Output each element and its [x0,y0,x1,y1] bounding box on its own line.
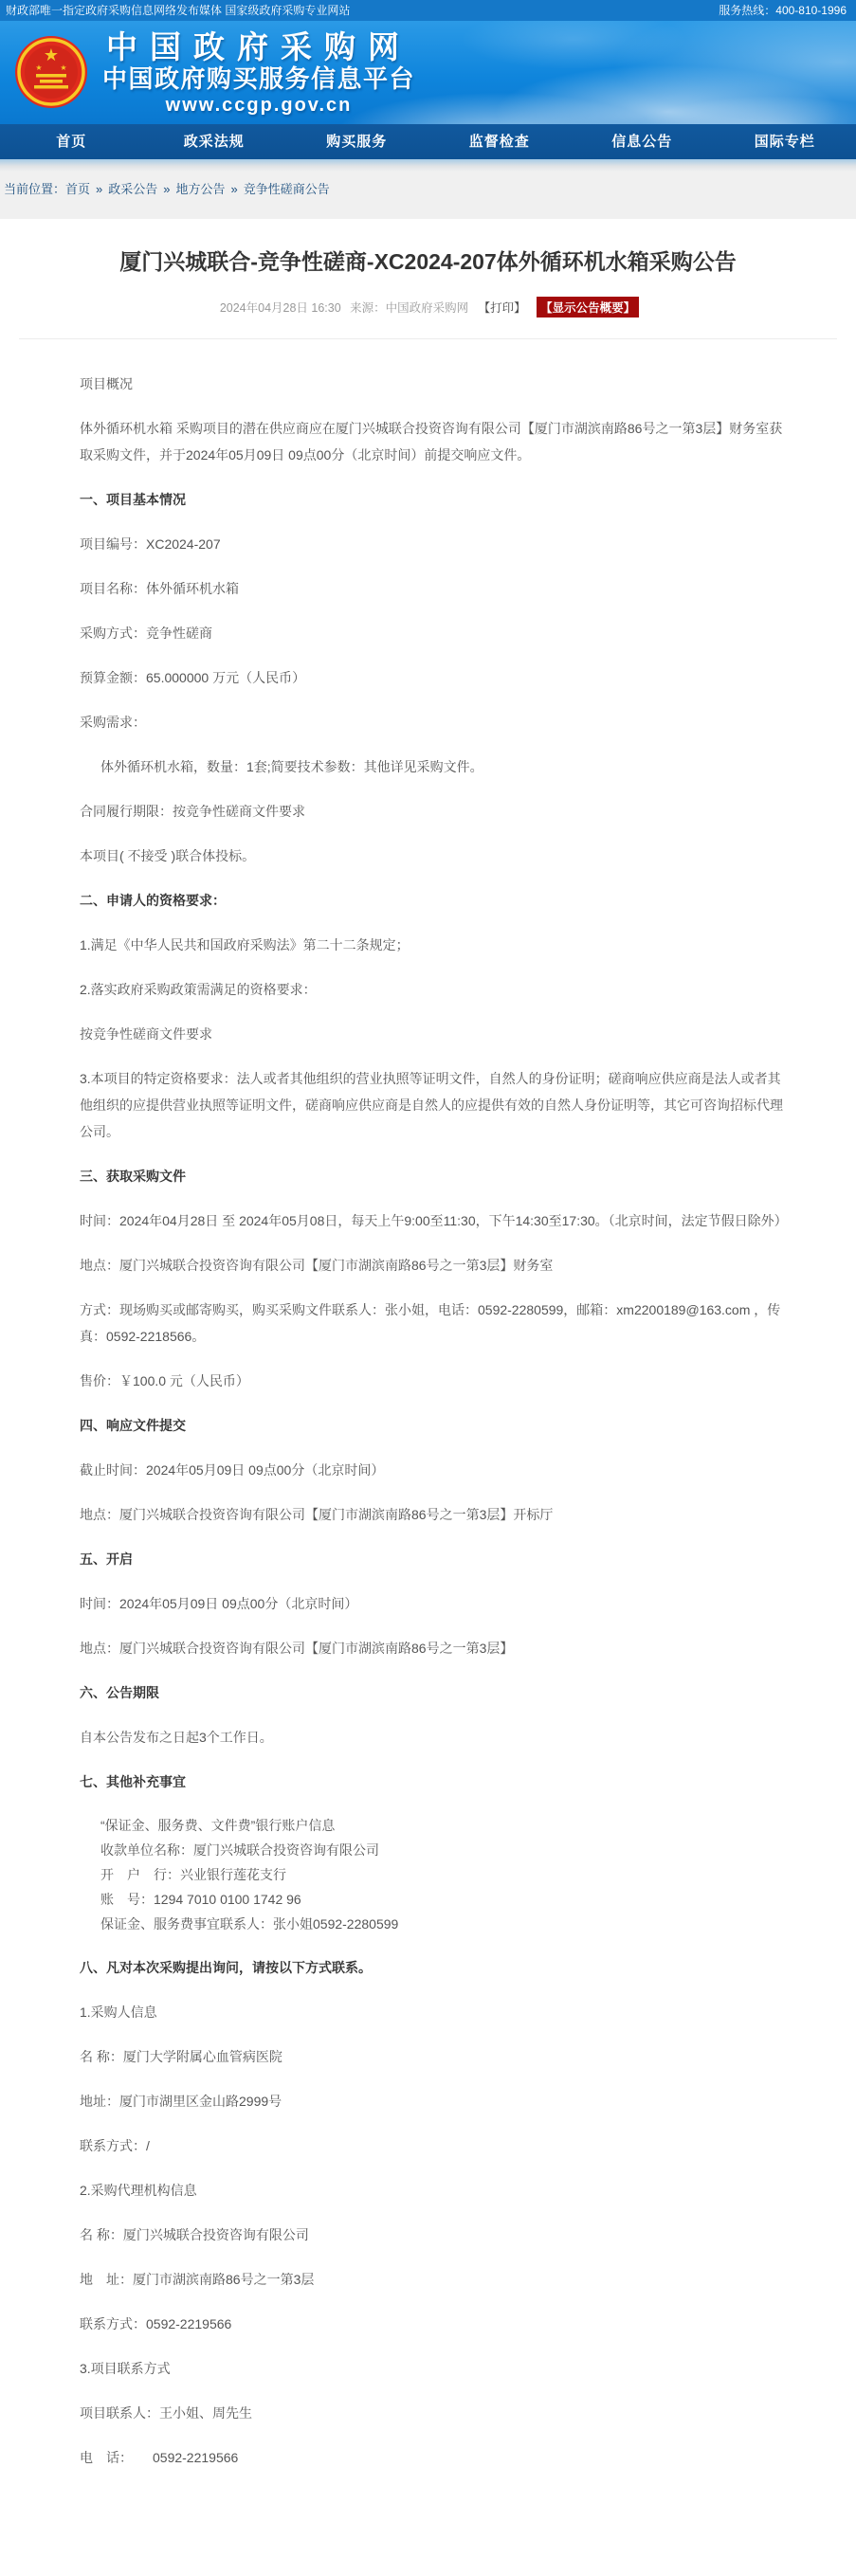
breadcrumb-separator: » [231,182,238,196]
top-utility-bar: 财政部唯一指定政府采购信息网络发布媒体 国家级政府采购专业网站 服务热线：400… [0,0,856,21]
paragraph: 电 话： 0592-2219566 [80,2444,792,2471]
section-heading: 四、响应文件提交 [80,1412,792,1439]
national-emblem-icon: ★ ★ ★ [13,34,89,115]
paragraph: “保证金、服务费、文件费”银行账户信息 [80,1813,792,1838]
site-url: www.ccgp.gov.cn [166,94,353,117]
site-identity: 中国政府采购网 中国政府购买服务信息平台 www.ccgp.gov.cn [102,31,415,117]
site-banner: ★ ★ ★ 中国政府采购网 中国政府购买服务信息平台 www.ccgp.gov.… [0,21,856,124]
section-heading: 六、公告期限 [80,1679,792,1706]
paragraph: 名 称：厦门大学附属心血管病医院 [80,2043,792,2070]
paragraph: 时间：2024年05月09日 09点00分（北京时间） [80,1590,792,1617]
page-title: 厦门兴城联合-竞争性磋商-XC2024-207体外循环机水箱采购公告 [57,247,799,276]
publish-datetime: 2024年04月28日 16:30 [220,301,341,315]
paragraph: 本项目( 不接受 )联合体投标。 [80,843,792,869]
nav-link[interactable]: 政采法规 [184,124,245,159]
paragraph: 项目联系人：王小姐、周先生 [80,2400,792,2426]
breadcrumb-separator: » [96,182,102,196]
paragraph: 2.采购代理机构信息 [80,2177,792,2204]
breadcrumb-link[interactable]: 首页 [65,182,90,196]
main-nav: 首页政采法规购买服务监督检查信息公告国际专栏 [0,124,856,159]
paragraph: 账 号：1294 7010 0100 1742 96 [80,1887,792,1912]
paragraph: 保证金、服务费事宜联系人：张小姐0592-2280599 [80,1912,792,1936]
service-hotline: 服务热线：400-810-1996 [719,0,847,21]
paragraph: 售价：￥100.0 元（人民币） [80,1368,792,1394]
paragraph: 地点：厦门兴城联合投资咨询有限公司【厦门市湖滨南路86号之一第3层】财务室 [80,1252,792,1279]
paragraph: 合同履行期限：按竞争性磋商文件要求 [80,798,792,825]
paragraph: 1.满足《中华人民共和国政府采购法》第二十二条规定； [80,932,792,958]
paragraph: 项目概况 [80,371,792,397]
paragraph: 采购需求： [80,709,792,735]
nav-link[interactable]: 信息公告 [611,124,672,159]
svg-text:★: ★ [44,45,59,64]
article-body: 项目概况体外循环机水箱 采购项目的潜在供应商应在厦门兴城联合投资咨询有限公司【厦… [0,339,856,2471]
paragraph: 项目名称：体外循环机水箱 [80,575,792,602]
site-slogan: 财政部唯一指定政府采购信息网络发布媒体 国家级政府采购专业网站 [6,0,350,21]
paragraph: 项目编号：XC2024-207 [80,531,792,557]
nav-item-5: 国际专栏 [714,124,856,159]
paragraph: 时间：2024年04月28日 至 2024年05月08日，每天上午9:00至11… [80,1207,792,1234]
article-meta: 2024年04月28日 16:30 来源：中国政府采购网 【打印】 【显示公告概… [57,297,799,317]
site-subtitle: 中国政府购买服务信息平台 [102,63,415,94]
paragraph: 3.本项目的特定资格要求：法人或者其他组织的营业执照等证明文件，自然人的身份证明… [80,1065,792,1145]
paragraph: 截止时间：2024年05月09日 09点00分（北京时间） [80,1457,792,1483]
article-source: 来源：中国政府采购网 [350,301,468,315]
paragraph: 自本公告发布之日起3个工作日。 [80,1724,792,1751]
breadcrumb-separator: » [163,182,170,196]
section-heading: 七、其他补充事宜 [80,1769,792,1795]
print-button[interactable]: 【打印】 [479,301,526,315]
nav-fade-divider [0,159,856,172]
nav-link[interactable]: 购买服务 [326,124,387,159]
paragraph: 采购方式：竞争性磋商 [80,620,792,646]
section-heading: 一、项目基本情况 [80,486,792,513]
paragraph: 预算金额：65.000000 万元（人民币） [80,664,792,691]
breadcrumb-link[interactable]: 竞争性磋商公告 [244,182,330,196]
article-header: 厦门兴城联合-竞争性磋商-XC2024-207体外循环机水箱采购公告 2024年… [19,247,837,339]
paragraph: 1.采购人信息 [80,1999,792,2025]
paragraph: 地 址：厦门市湖滨南路86号之一第3层 [80,2266,792,2293]
paragraph: 联系方式：0592-2219566 [80,2311,792,2337]
nav-link[interactable]: 首页 [56,124,86,159]
paragraph: 按竞争性磋商文件要求 [80,1021,792,1047]
paragraph: 2.落实政府采购政策需满足的资格要求： [80,976,792,1003]
breadcrumb-link[interactable]: 地方公告 [176,182,226,196]
paragraph: 地点：厦门兴城联合投资咨询有限公司【厦门市湖滨南路86号之一第3层】 [80,1635,792,1661]
svg-text:★: ★ [35,63,42,72]
site-name: 中国政府采购网 [106,31,411,63]
section-heading: 三、获取采购文件 [80,1163,792,1189]
section-heading: 二、申请人的资格要求： [80,887,792,914]
svg-text:★: ★ [60,63,66,72]
paragraph: 3.项目联系方式 [80,2355,792,2382]
paragraph: 开 户 行：兴业银行莲花支行 [80,1862,792,1887]
nav-item-0: 首页 [0,124,143,159]
paragraph: 体外循环机水箱，数量：1套;简要技术参数：其他详见采购文件。 [80,753,792,780]
paragraph: 方式：现场购买或邮寄购买，购买采购文件联系人：张小姐，电话：0592-22805… [80,1297,792,1350]
nav-item-1: 政采法规 [143,124,286,159]
breadcrumb-prefix: 当前位置： [4,182,65,196]
paragraph: 名 称：厦门兴城联合投资咨询有限公司 [80,2222,792,2248]
announcement-page: 厦门兴城联合-竞争性磋商-XC2024-207体外循环机水箱采购公告 2024年… [0,219,856,2527]
paragraph: 地址：厦门市湖里区金山路2999号 [80,2088,792,2114]
breadcrumb-link[interactable]: 政采公告 [108,182,157,196]
paragraph: 体外循环机水箱 采购项目的潜在供应商应在厦门兴城联合投资咨询有限公司【厦门市湖滨… [80,415,792,468]
nav-item-2: 购买服务 [285,124,428,159]
section-heading: 五、开启 [80,1546,792,1572]
nav-link[interactable]: 国际专栏 [755,124,815,159]
section-heading: 八、凡对本次采购提出询问，请按以下方式联系。 [80,1954,792,1981]
nav-item-3: 监督检查 [428,124,572,159]
breadcrumb: 当前位置：首页»政采公告»地方公告»竞争性磋商公告 [0,172,856,219]
show-summary-button[interactable]: 【显示公告概要】 [537,297,639,317]
nav-link[interactable]: 监督检查 [469,124,530,159]
paragraph: 地点：厦门兴城联合投资咨询有限公司【厦门市湖滨南路86号之一第3层】开标厅 [80,1501,792,1528]
nav-item-4: 信息公告 [571,124,714,159]
paragraph: 联系方式：/ [80,2132,792,2159]
paragraph: 收款单位名称：厦门兴城联合投资咨询有限公司 [80,1838,792,1862]
